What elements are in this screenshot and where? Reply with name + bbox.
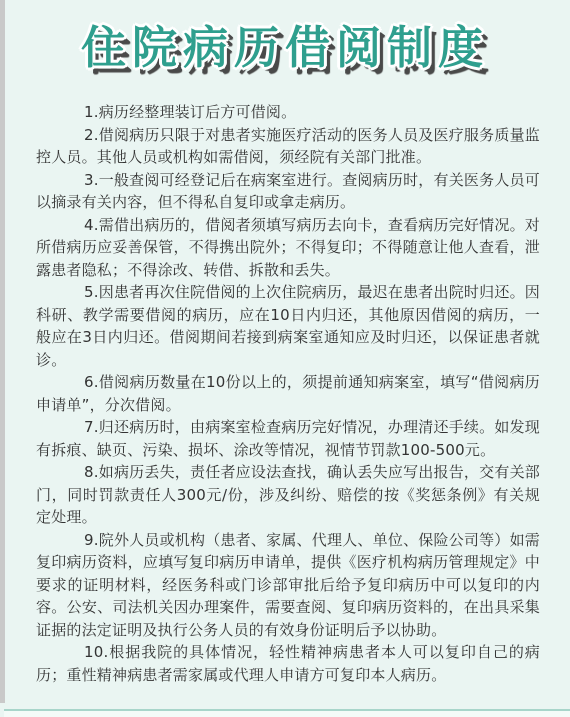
rule-paragraph: 5.因患者再次住院借阅的上次住院病历，最迟在患者出院时归还。因科研、教学需要借阅… xyxy=(36,281,540,371)
rules-list: 1.病历经整理装订后方可借阅。 2.借阅病历只限于对患者实施医疗活动的医务人员及… xyxy=(36,101,540,686)
rule-paragraph: 10.根据我院的具体情况，轻性精神病患者本人可以复印自己的病历；重性精神病患者需… xyxy=(36,641,540,686)
rule-paragraph: 6.借阅病历数量在10份以上的，须提前通知病案室，填写“借阅病历申请单”，分次借… xyxy=(36,371,540,416)
rule-paragraph: 2.借阅病历只限于对患者实施医疗活动的医务人员及医疗服务质量监控人员。其他人员或… xyxy=(36,124,540,169)
rule-paragraph: 4.需借出病历的，借阅者须填写病历去向卡，查看病历完好情况。对所借病历应妥善保管… xyxy=(36,214,540,282)
rule-paragraph: 1.病历经整理装订后方可借阅。 xyxy=(36,101,540,124)
bottom-edge-margin xyxy=(4,711,570,717)
rule-paragraph: 9.院外人员或机构（患者、家属、代理人、单位、保险公司等）如需复印病历资料，应填… xyxy=(36,529,540,642)
rule-paragraph: 7.归还病历时，由病案室检查病历完好情况，办理清还手续。如发现有拆痕、缺页、污染… xyxy=(36,416,540,461)
scan-edge-strip xyxy=(0,0,5,703)
rule-paragraph: 3.一般查阅可经登记后在病案室进行。查阅病历时，有关医务人员可以摘录有关内容，但… xyxy=(36,169,540,214)
medical-records-poster: 住院病历借阅制度 1.病历经整理装订后方可借阅。 2.借阅病历只限于对患者实施医… xyxy=(0,0,570,717)
poster-title: 住院病历借阅制度 xyxy=(0,0,570,74)
rule-paragraph: 8.如病历丢失，责任者应设法查找，确认丢失应写出报告，交有关部门，同时罚款责任人… xyxy=(36,461,540,529)
